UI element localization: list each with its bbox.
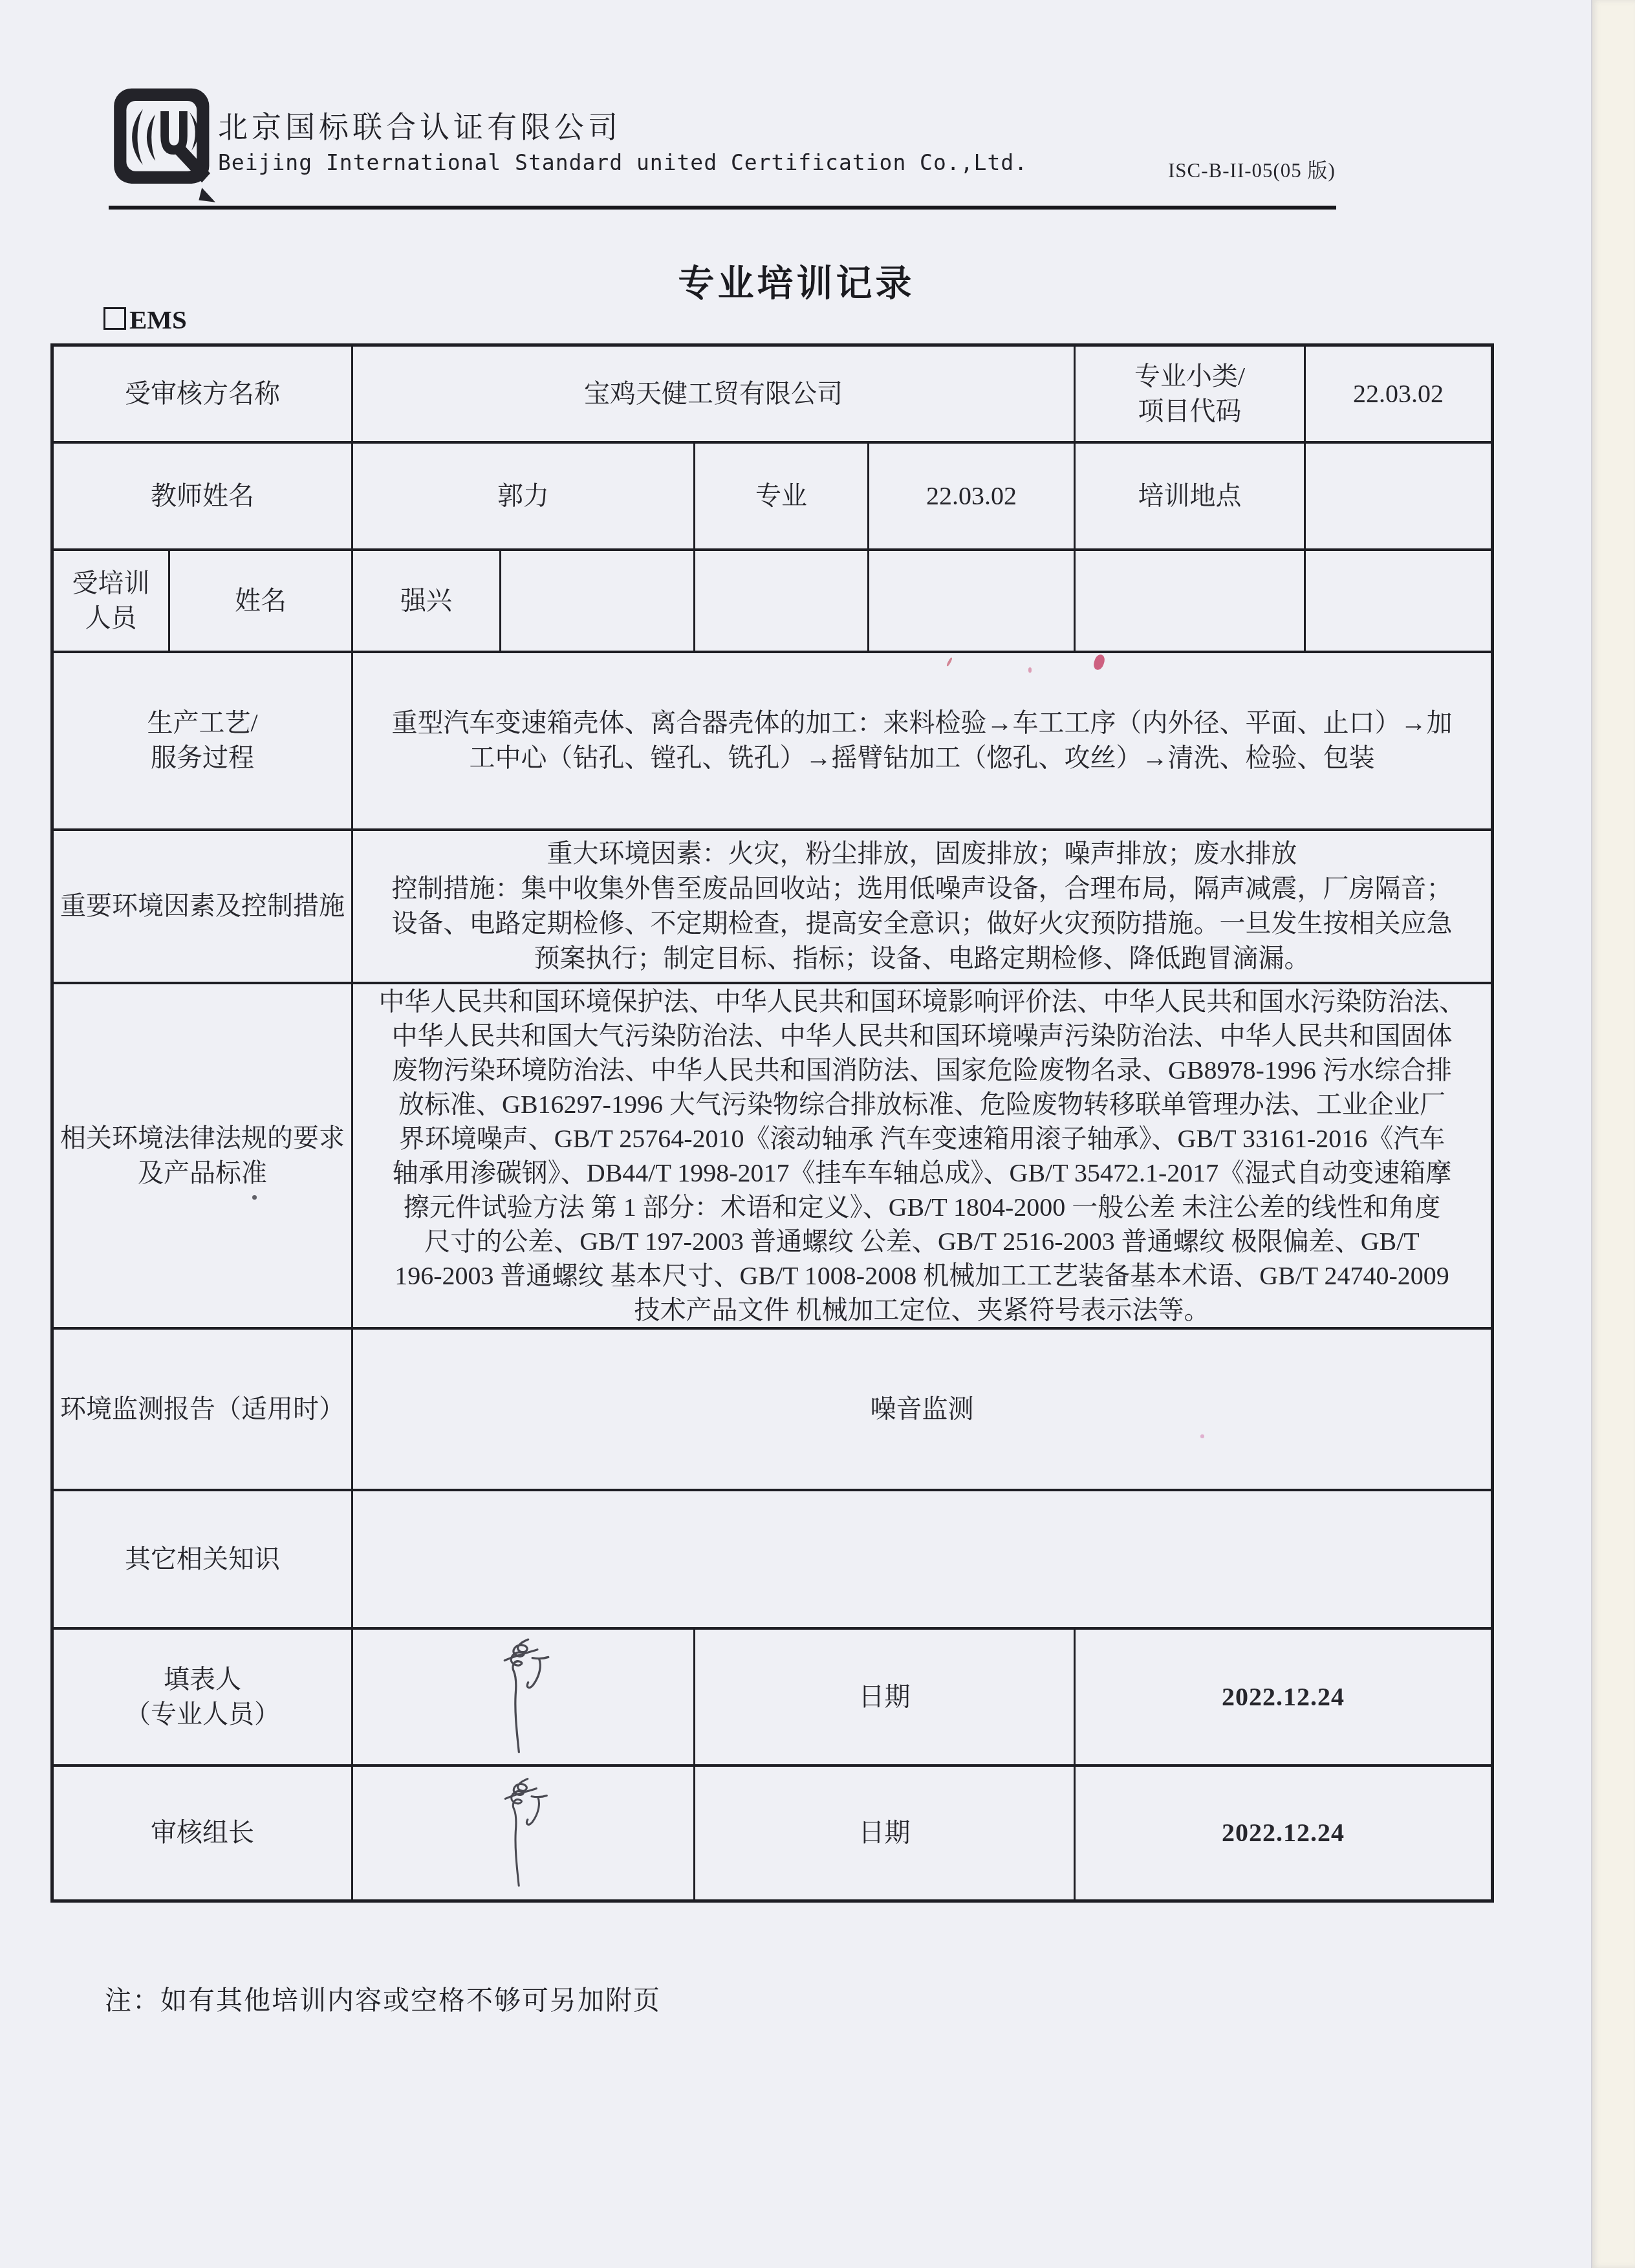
env-factors-content: 重大环境因素：火灾，粉尘排放，固废排放；噪声排放；废水排放 控制措施：集中收集外… (352, 830, 1493, 983)
empty-cell (869, 550, 1075, 652)
preparer-row: 填表人 （专业人员） 日期 2022.12.24 (52, 1628, 1493, 1766)
training-record-table: 受审核方名称 宝鸡天健工贸有限公司 专业小类/ 项目代码 22.03.02 教师… (50, 343, 1494, 1903)
location-label: 培训地点 (1075, 442, 1305, 550)
footer-note: 注：如有其他培训内容或空格不够可另加附页 (105, 1979, 661, 2017)
preparer-date-label: 日期 (695, 1628, 1075, 1766)
monitoring-value: 噪音监测 (352, 1328, 1493, 1490)
empty-cell (1075, 550, 1305, 652)
other-knowledge-row: 其它相关知识 (52, 1490, 1493, 1628)
trainee-name-label: 姓名 (169, 550, 352, 652)
regulations-content: 中华人民共和国环境保护法、中华人民共和国环境影响评价法、中华人民共和国水污染防治… (352, 983, 1493, 1328)
stray-pen-dot (252, 1195, 257, 1200)
preparer-label: 填表人 （专业人员） (52, 1628, 352, 1766)
auditor-row: 审核组长 日期 2022.12.24 (52, 1766, 1493, 1901)
empty-cell (695, 550, 869, 652)
scanner-edge-strip (1591, 0, 1635, 2268)
process-row: 生产工艺/ 服务过程 重型汽车变速箱壳体、离合器壳体的加工：来料检验→车工工序（… (52, 652, 1493, 830)
trainee-name-value: 强兴 (352, 550, 501, 652)
auditor-signature-cell (352, 1766, 695, 1901)
location-value (1305, 442, 1493, 550)
project-code-value: 22.03.02 (1305, 345, 1493, 442)
auditor-signature-guoli (488, 1773, 558, 1893)
company-name-en: Beijing International Standard united Ce… (218, 150, 1028, 175)
empty-cell (501, 550, 695, 652)
preparer-signature-guoli (486, 1634, 561, 1760)
auditee-label: 受审核方名称 (52, 345, 352, 442)
teacher-value: 郭力 (352, 442, 695, 550)
process-content: 重型汽车变速箱壳体、离合器壳体的加工：来料检验→车工工序（内外径、平面、止口）→… (352, 652, 1493, 830)
company-name-cn: 北京国标联合认证有限公司 (218, 103, 622, 146)
env-factors-row: 重要环境因素及控制措施 重大环境因素：火灾，粉尘排放，固废排放；噪声排放；废水排… (52, 830, 1493, 983)
auditor-date-value: 2022.12.24 (1075, 1766, 1493, 1901)
form-code: ISC-B-II-05(05 版) (1168, 154, 1336, 183)
preparer-date-value: 2022.12.24 (1075, 1628, 1493, 1766)
auditor-label: 审核组长 (52, 1766, 352, 1901)
auditee-row: 受审核方名称 宝鸡天健工贸有限公司 专业小类/ 项目代码 22.03.02 (52, 345, 1493, 442)
certification-company-logo-icon (112, 86, 215, 206)
auditee-value: 宝鸡天健工贸有限公司 (352, 345, 1075, 442)
teacher-label: 教师姓名 (52, 442, 352, 550)
other-knowledge-value (352, 1490, 1493, 1628)
ems-checkbox-row: EMS (103, 304, 187, 335)
scanned-training-record-page: 北京国标联合认证有限公司 Beijing International Stand… (0, 0, 1635, 2268)
monitoring-row: 环境监测报告（适用时） 噪音监测 (52, 1328, 1493, 1490)
ems-checkbox (103, 307, 126, 330)
regulations-label: 相关环境法律法规的要求及产品标准 (52, 983, 352, 1328)
major-value: 22.03.02 (869, 442, 1075, 550)
page-title: 专业培训记录 (0, 255, 1593, 307)
trainee-row: 受培训 人员 姓名 强兴 (52, 550, 1493, 652)
ems-checkbox-label: EMS (129, 305, 187, 334)
process-label: 生产工艺/ 服务过程 (52, 652, 352, 830)
preparer-signature-cell (352, 1628, 695, 1766)
other-knowledge-label: 其它相关知识 (52, 1490, 352, 1628)
pink-speck (1200, 1434, 1204, 1438)
trainee-group-label: 受培训 人员 (52, 550, 169, 652)
teacher-row: 教师姓名 郭力 专业 22.03.02 培训地点 (52, 442, 1493, 550)
red-ink-tick-small (1028, 667, 1032, 673)
empty-cell (1305, 550, 1493, 652)
env-factors-label: 重要环境因素及控制措施 (52, 830, 352, 983)
regulations-row: 相关环境法律法规的要求及产品标准 中华人民共和国环境保护法、中华人民共和国环境影… (52, 983, 1493, 1328)
monitoring-label: 环境监测报告（适用时） (52, 1328, 352, 1490)
project-code-label: 专业小类/ 项目代码 (1075, 345, 1305, 442)
major-label: 专业 (695, 442, 869, 550)
auditor-date-label: 日期 (695, 1766, 1075, 1901)
header-rule (109, 206, 1336, 210)
